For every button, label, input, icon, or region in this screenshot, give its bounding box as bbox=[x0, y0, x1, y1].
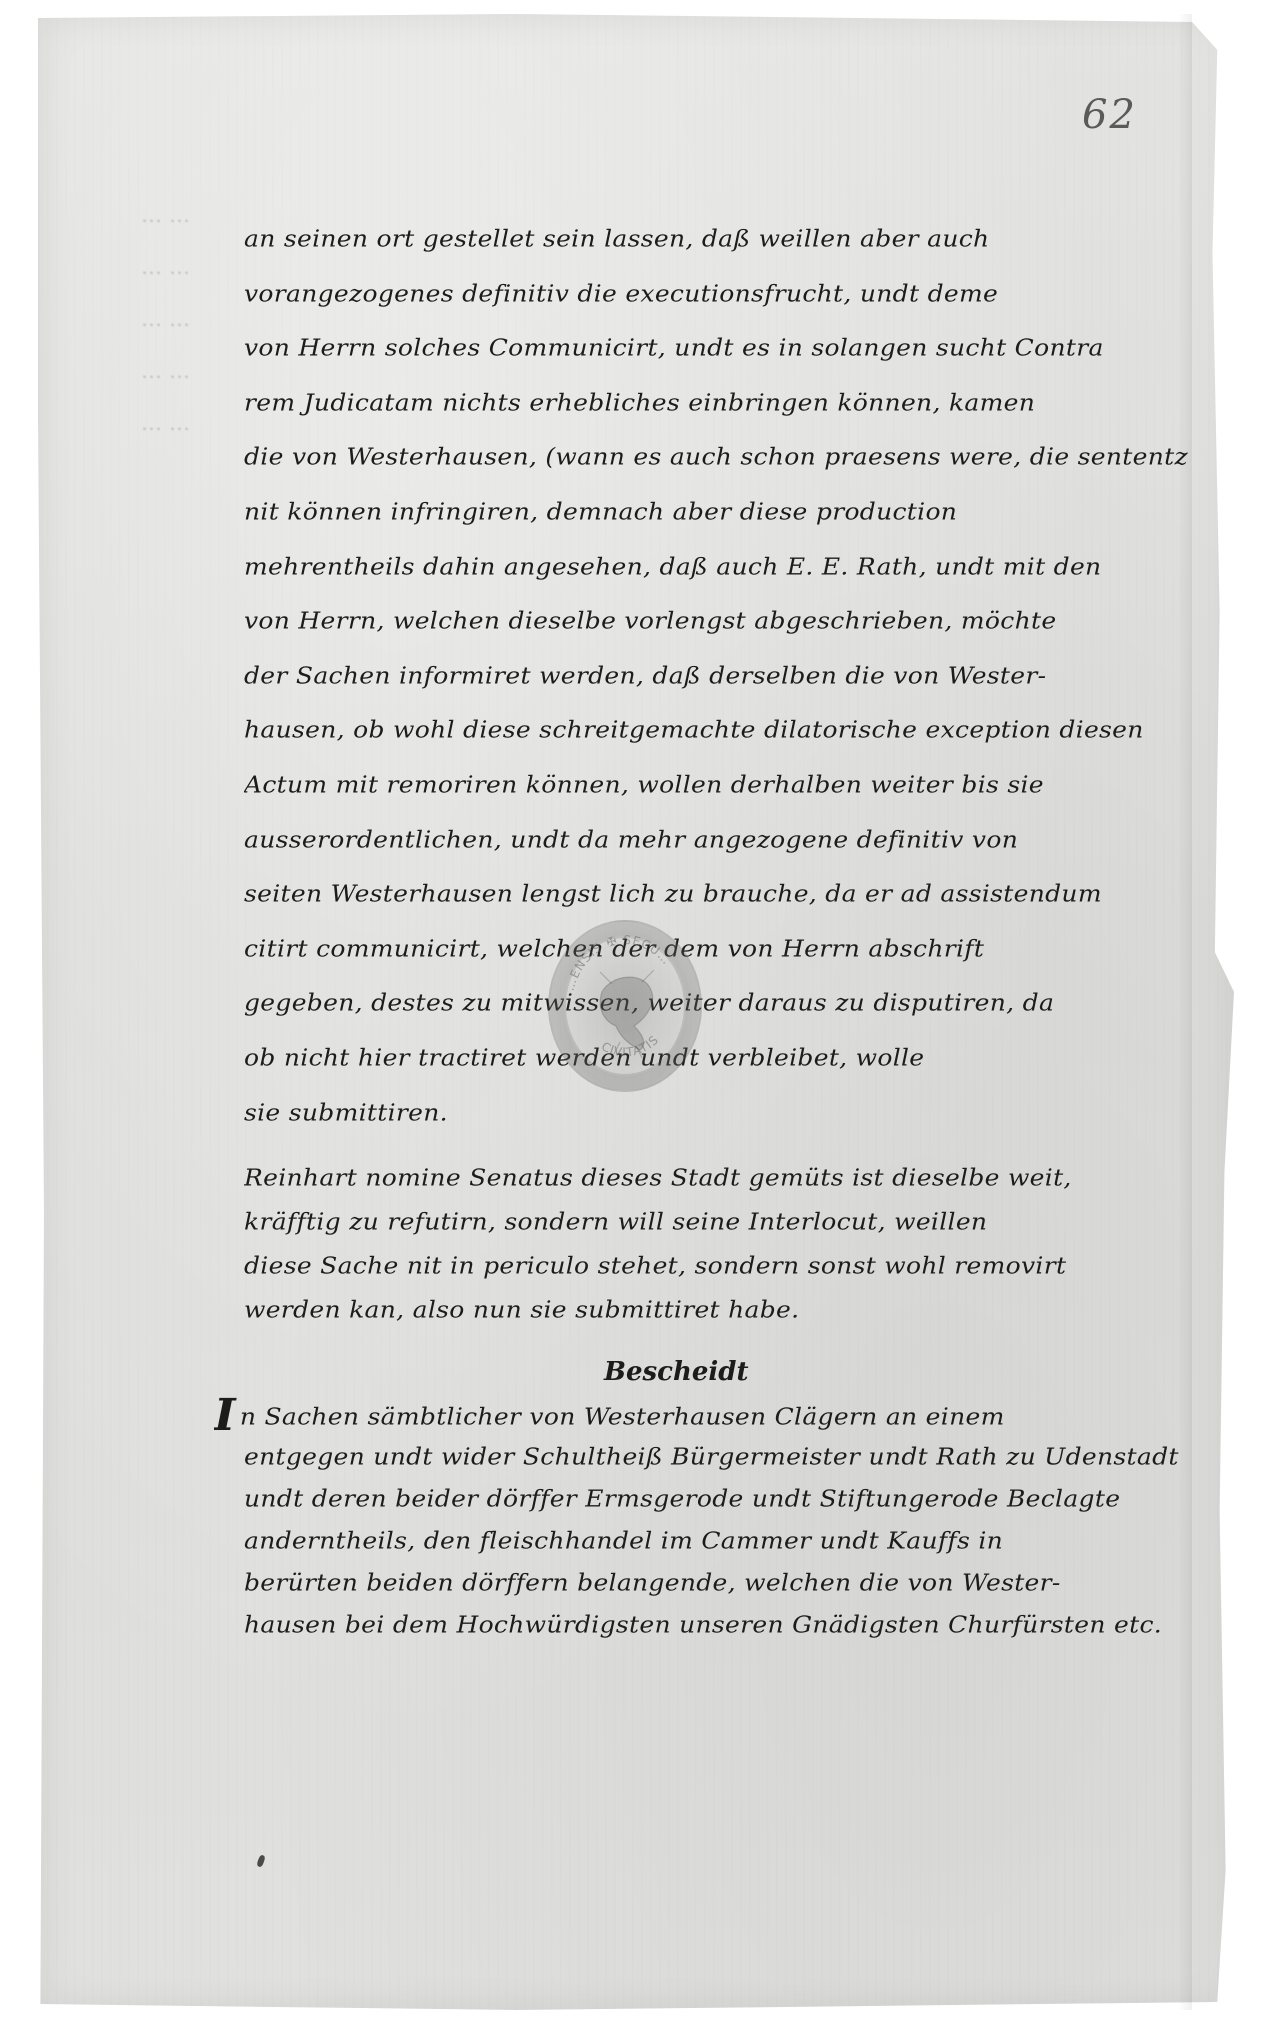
left-margin-bleedthrough: ... ... ... ... ... ... ... ... ... ... bbox=[40, 190, 190, 450]
bleed-line: ... ... bbox=[40, 294, 190, 346]
text-line: anderntheils, den fleischhandel im Camme… bbox=[244, 1521, 1204, 1561]
text-line: vorangezogenes definitiv die executionsf… bbox=[244, 268, 1204, 320]
text-line: citirt communicirt, welchen der dem von … bbox=[244, 923, 1204, 975]
paragraph-2: Reinhart nomine Senatus dieses Stadt gem… bbox=[244, 1156, 1204, 1332]
text-line: mehrentheils dahin angesehen, daß auch E… bbox=[244, 541, 1204, 593]
text-line: undt deren beider dörffer Ermsgerode und… bbox=[244, 1479, 1204, 1519]
text-line: Actum mit remoriren können, wollen derha… bbox=[244, 759, 1204, 811]
text-line-content: n Sachen sämbtlicher von Westerhausen Cl… bbox=[240, 1403, 1005, 1431]
text-line: ob nicht hier tractiret werden undt verb… bbox=[244, 1032, 1204, 1084]
text-line: berürten beiden dörffern belangende, wel… bbox=[244, 1563, 1204, 1603]
text-line: In Sachen sämbtlicher von Westerhausen C… bbox=[214, 1395, 1204, 1435]
bleed-line: ... ... bbox=[40, 398, 190, 450]
bleed-line: ... ... bbox=[40, 346, 190, 398]
text-line: die von Westerhausen, (wann es auch scho… bbox=[244, 432, 1204, 484]
folio-number: 62 bbox=[1082, 92, 1137, 138]
paragraph-3: In Sachen sämbtlicher von Westerhausen C… bbox=[244, 1394, 1204, 1646]
decorated-initial: I bbox=[214, 1395, 236, 1435]
archive-stamp-seal: …ENSIS ✠ SECU… CIVITATIS bbox=[548, 920, 702, 1092]
text-line: sie submittiren. bbox=[244, 1087, 1204, 1139]
text-line: der Sachen informiret werden, daß dersel… bbox=[244, 650, 1204, 702]
text-line: ausserordentlichen, undt da mehr angezog… bbox=[244, 814, 1204, 866]
text-line: Reinhart nomine Senatus dieses Stadt gem… bbox=[244, 1157, 1204, 1199]
bleed-line: ... ... bbox=[40, 242, 190, 294]
manuscript-text: an seinen ort gestellet sein lassen, daß… bbox=[244, 212, 1204, 1646]
seal-emblem-icon: …ENSIS ✠ SECU… CIVITATIS bbox=[550, 922, 700, 1090]
text-line: werden kan, also nun sie submittiret hab… bbox=[244, 1289, 1204, 1331]
text-line: an seinen ort gestellet sein lassen, daß… bbox=[244, 213, 1204, 265]
text-line: entgegen undt wider Schultheiß Bürgermei… bbox=[244, 1437, 1204, 1477]
text-line: seiten Westerhausen lengst lich zu brauc… bbox=[244, 868, 1204, 920]
text-line: nit können infringiren, demnach aber die… bbox=[244, 486, 1204, 538]
text-line: hausen, ob wohl diese schreitgemachte di… bbox=[244, 705, 1204, 757]
text-line: hausen bei dem Hochwürdigsten unseren Gn… bbox=[244, 1605, 1204, 1645]
text-line: gegeben, destes zu mitwissen, weiter dar… bbox=[244, 978, 1204, 1030]
bleed-line: ... ... bbox=[40, 190, 190, 242]
text-line: von Herrn solches Communicirt, undt es i… bbox=[244, 323, 1204, 375]
section-heading: Bescheidt bbox=[604, 1350, 1204, 1394]
paragraph-1: an seinen ort gestellet sein lassen, daß… bbox=[244, 212, 1204, 1140]
text-line: diese Sache nit in periculo stehet, sond… bbox=[244, 1245, 1204, 1287]
text-line: rem Judicatam nichts erhebliches einbrin… bbox=[244, 377, 1204, 429]
text-line: kräfftig zu refutirn, sondern will seine… bbox=[244, 1201, 1204, 1243]
text-line: von Herrn, welchen dieselbe vorlengst ab… bbox=[244, 596, 1204, 648]
